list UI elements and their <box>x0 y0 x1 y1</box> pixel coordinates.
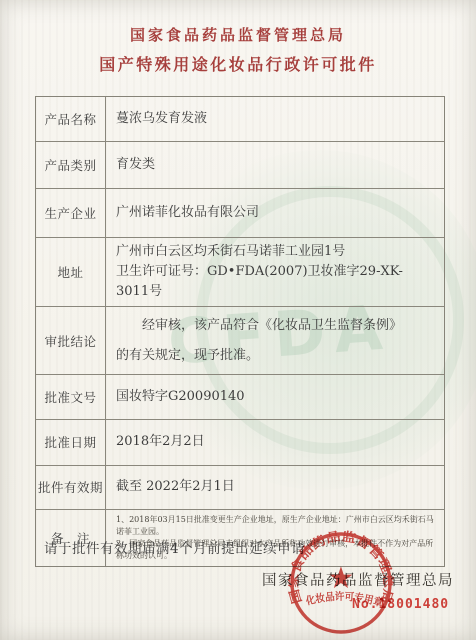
certificate-table: 产品名称 蔓浓乌发育发液 产品类别 育发类 生产企业 广州诺菲化妆品有限公司 地… <box>35 96 445 567</box>
table-row-product-category: 产品类别 育发类 <box>36 142 444 189</box>
table-row-validity: 批件有效期 截至 2022年2月1日 <box>36 466 444 510</box>
validity-text: 截至 2022年2月1日 <box>116 477 434 497</box>
address-line2-hygiene-license: 卫生许可证号：GD•FDA(2007)卫妆准字29-XK-3011号 <box>116 262 434 302</box>
field-value-approval-conclusion: 经审核，该产品符合《化妆品卫生监督条例》的有关规定，现予批准。 <box>106 307 444 374</box>
field-label-address: 地址 <box>36 238 106 306</box>
table-row-approval-date: 批准日期 2018年2月2日 <box>36 420 444 466</box>
field-value-approval-date: 2018年2月2日 <box>106 420 444 465</box>
approval-conclusion-text: 经审核，该产品符合《化妆品卫生监督条例》的有关规定，现予批准。 <box>116 311 434 370</box>
issuing-agency-title: 国家食品药品监督管理总局 <box>0 24 476 45</box>
field-value-validity: 截至 2022年2月1日 <box>106 466 444 509</box>
table-row-approval-number: 批准文号 国妆特字G20090140 <box>36 375 444 420</box>
field-value-product-name: 蔓浓乌发育发液 <box>106 97 444 141</box>
table-row-product-name: 产品名称 蔓浓乌发育发液 <box>36 97 444 142</box>
product-category-text: 育发类 <box>116 155 434 175</box>
address-line1: 广州市白云区均禾街石马诺菲工业园1号 <box>116 242 434 262</box>
product-name-text: 蔓浓乌发育发液 <box>116 109 434 129</box>
field-value-product-category: 育发类 <box>106 142 444 188</box>
field-value-approval-number: 国妆特字G20090140 <box>106 375 444 419</box>
approval-number-text: 国妆特字G20090140 <box>116 387 434 407</box>
field-label-approval-date: 批准日期 <box>36 420 106 465</box>
field-label-approval-conclusion: 审批结论 <box>36 307 106 374</box>
renewal-instruction: 请于批件有效期届满4个月前提出延续申请 <box>44 537 305 557</box>
approval-date-text: 2018年2月2日 <box>116 432 434 452</box>
field-value-manufacturer: 广州诺菲化妆品有限公司 <box>106 189 444 237</box>
table-row-address: 地址 广州市白云区均禾街石马诺菲工业园1号 卫生许可证号：GD•FDA(2007… <box>36 238 444 307</box>
field-value-address: 广州市白云区均禾街石马诺菲工业园1号 卫生许可证号：GD•FDA(2007)卫妆… <box>106 238 444 306</box>
table-row-manufacturer: 生产企业 广州诺菲化妆品有限公司 <box>36 189 444 238</box>
field-label-validity: 批件有效期 <box>36 466 106 509</box>
field-label-manufacturer: 生产企业 <box>36 189 106 237</box>
certificate-document: CFDA 国家食品药品监督管理总局 国产特殊用途化妆品行政许可批件 产品名称 蔓… <box>0 0 476 640</box>
document-title: 国家食品药品监督管理总局 国产特殊用途化妆品行政许可批件 <box>0 24 476 75</box>
remarks-note1: 1、2018年03月15日批准变更生产企业地址，原生产企业地址：广州市白云区均禾… <box>116 514 434 538</box>
table-row-approval-conclusion: 审批结论 经审核，该产品符合《化妆品卫生监督条例》的有关规定，现予批准。 <box>36 307 444 375</box>
field-label-product-name: 产品名称 <box>36 97 106 141</box>
license-type-title: 国产特殊用途化妆品行政许可批件 <box>0 52 476 75</box>
field-label-product-category: 产品类别 <box>36 142 106 188</box>
field-label-approval-number: 批准文号 <box>36 375 106 419</box>
seal-serial-number: No.18001480 <box>352 597 449 612</box>
issuing-authority-signature: 国家食品药品监督管理总局 <box>262 569 454 590</box>
manufacturer-text: 广州诺菲化妆品有限公司 <box>116 203 434 223</box>
